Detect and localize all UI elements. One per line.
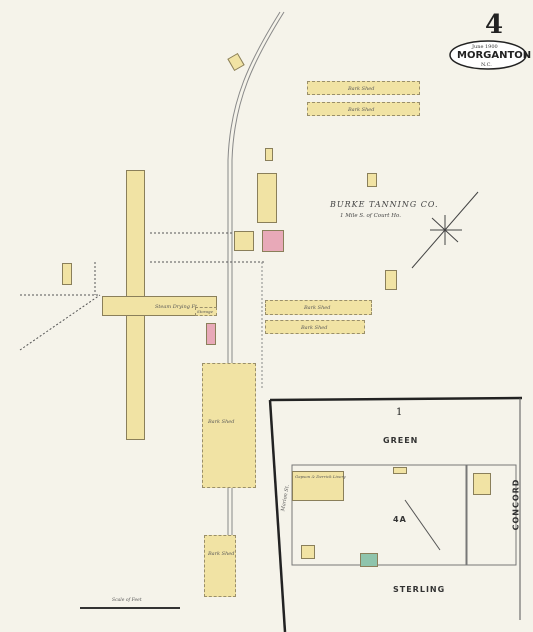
bark-shed: Bark Shed — [265, 320, 365, 334]
company-location: 1 Mile S. of Court Ho. — [340, 213, 401, 219]
small-building — [265, 148, 273, 161]
brick-building — [206, 323, 216, 345]
storage: Storage — [195, 307, 217, 316]
section-number: 1 — [396, 407, 402, 418]
scale-label: Scale of Feet — [112, 598, 142, 603]
bark-shed: Bark Shed — [307, 81, 420, 95]
tannery-annex — [234, 231, 254, 251]
bark-shed: Bark Shed — [307, 102, 420, 116]
street-sterling: STERLING — [393, 585, 445, 594]
small-building — [385, 270, 397, 290]
shop — [393, 467, 407, 474]
company-name: BURKE TANNING CO. — [330, 200, 439, 209]
bark-shed: Bark Shed — [204, 535, 236, 597]
street-green: GREEN — [383, 436, 418, 445]
bark-shed: Bark Shed — [265, 300, 372, 315]
stone-building — [360, 553, 378, 567]
map-linework — [0, 0, 533, 632]
tannery-brick — [262, 230, 284, 252]
bark-shed-large: Bark Shed — [202, 363, 256, 488]
sheet-number: 4 — [485, 10, 503, 40]
dwelling — [301, 545, 315, 559]
small-building — [367, 173, 377, 187]
city-name: MORGANTON — [457, 50, 531, 61]
state-name: N.C. — [481, 62, 492, 68]
dwelling — [473, 473, 491, 495]
tannery-main — [257, 173, 277, 223]
block-number: 4A — [393, 515, 407, 524]
small-building — [62, 263, 72, 285]
street-concord: CONCORD — [511, 479, 520, 531]
livery-stable: Gapson & Derrick Livery — [292, 471, 344, 501]
